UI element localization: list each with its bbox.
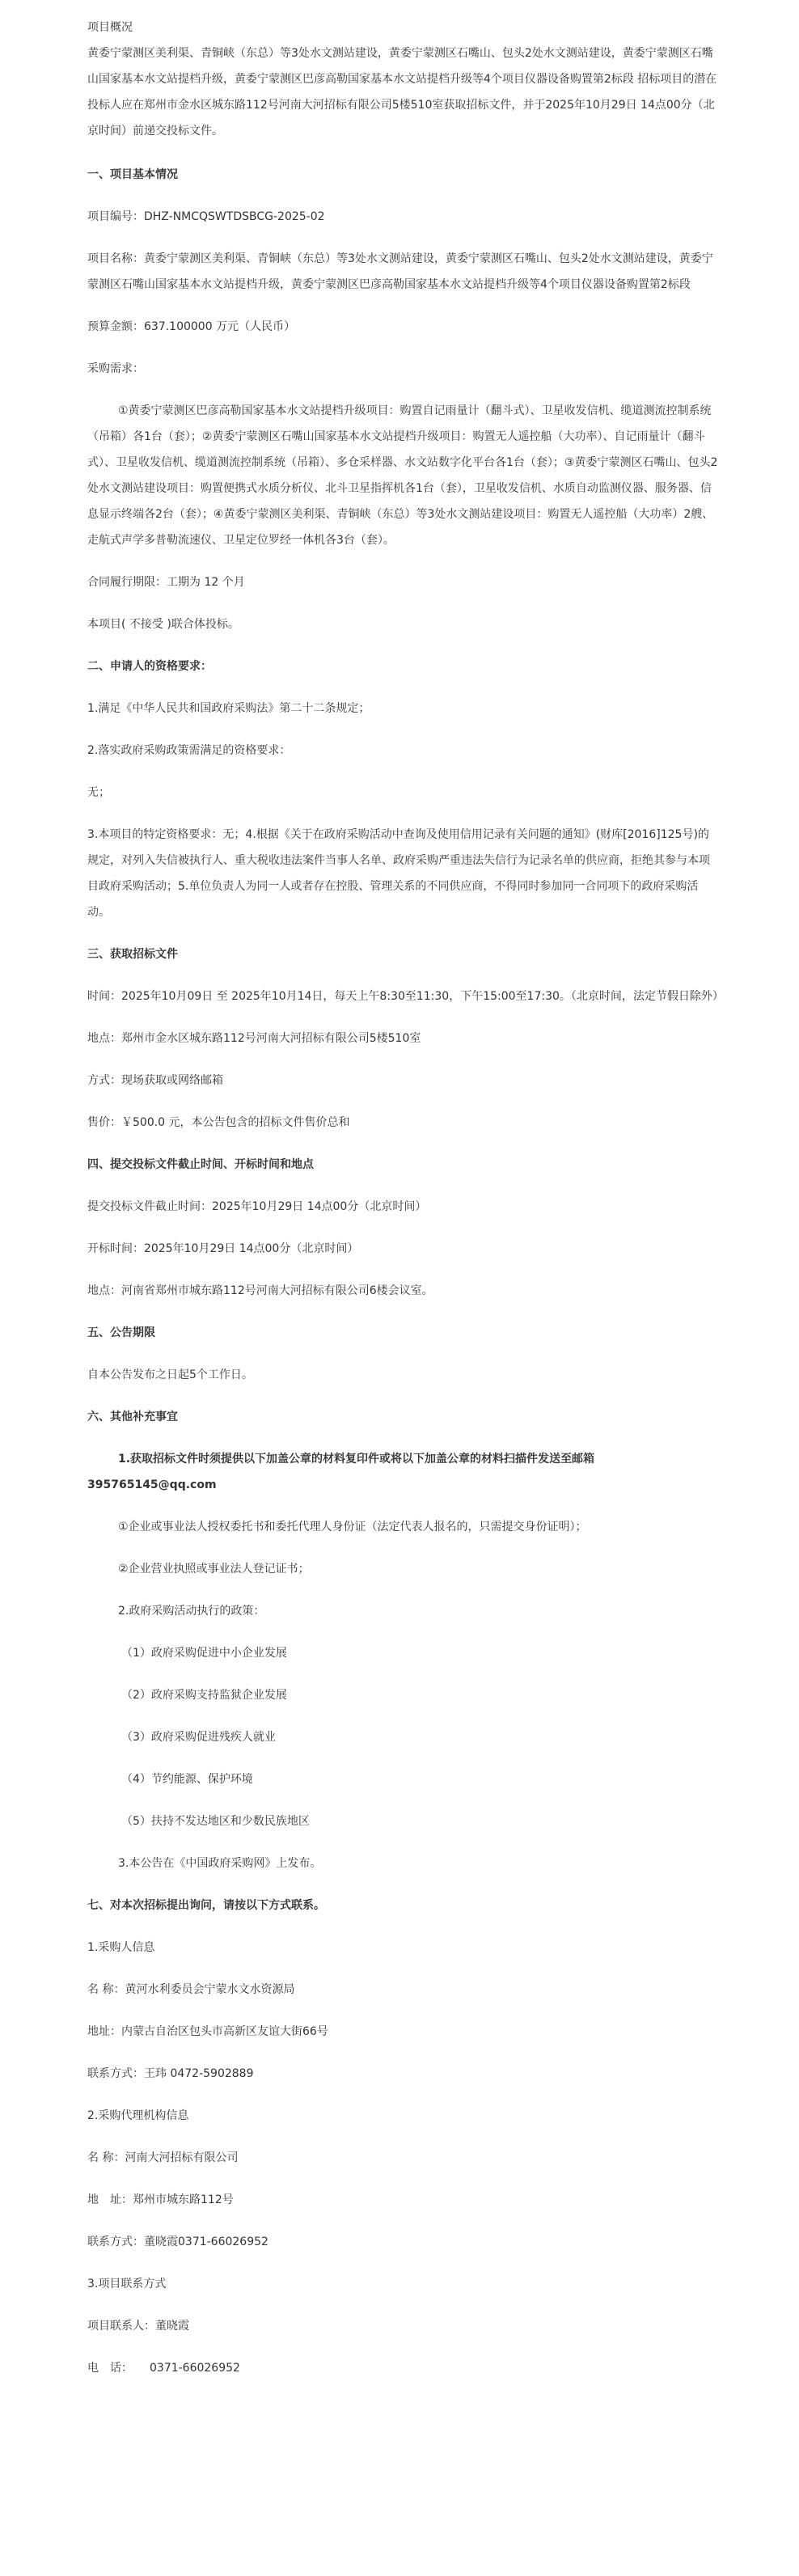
consortium-note: 本项目( 不接受 )联合体投标。 <box>87 611 718 637</box>
project-contact-title: 3.项目联系方式 <box>87 2271 718 2297</box>
qualification-item-2: 2.落实政府采购政策需满足的资格要求： <box>87 738 718 763</box>
document-obtain-method: 方式：现场获取或网络邮箱 <box>87 1068 718 1093</box>
policy-item: （3）政府采购促进残疾人就业 <box>87 1724 718 1750</box>
purchaser-name: 名 称：黄河水利委员会宁蒙水文水资源局 <box>87 1977 718 2003</box>
agency-info-title: 2.采购代理机构信息 <box>87 2103 718 2129</box>
section3-heading: 三、获取招标文件 <box>87 941 718 967</box>
qualification-item-3: 3.本项目的特定资格要求：无；4.根据《关于在政府采购活动中查询及使用信用记录有… <box>87 822 718 925</box>
procurement-demand-label: 采购需求： <box>87 356 718 382</box>
document-obtain-location: 地点：郑州市金水区城东路112号河南大河招标有限公司5楼510室 <box>87 1026 718 1051</box>
supplement-item-2: 2.政府采购活动执行的政策： <box>87 1598 718 1624</box>
document-price: 售价：￥500.0 元，本公告包含的招标文件售价总和 <box>87 1110 718 1136</box>
section6-heading: 六、其他补充事宜 <box>87 1404 718 1430</box>
policy-item: （1）政府采购促进中小企业发展 <box>87 1640 718 1666</box>
policy-item: （2）政府采购支持监狱企业发展 <box>87 1682 718 1708</box>
purchaser-info-title: 1.采购人信息 <box>87 1935 718 1961</box>
project-phone: 电 话： 0371-66026952 <box>87 2355 718 2381</box>
section7-heading: 七、对本次招标提出询问，请按以下方式联系。 <box>87 1893 718 1918</box>
purchaser-contact: 联系方式：王玮 0472-5902889 <box>87 2061 718 2087</box>
project-contact-person: 项目联系人：董晓霞 <box>87 2313 718 2339</box>
overview-text: 黄委宁蒙测区美利渠、青铜峡（东总）等3处水文测站建设，黄委宁蒙测区石嘴山、包头2… <box>87 40 718 144</box>
agency-address: 地 址：郑州市城东路112号 <box>87 2187 718 2213</box>
agency-name: 名 称：河南大河招标有限公司 <box>87 2145 718 2171</box>
supplement-item-1a: ①企业或事业法人授权委托书和委托代理人身份证（法定代表人报名的，只需提交身份证明… <box>87 1514 718 1540</box>
contract-period: 合同履行期限：工期为 12 个月 <box>87 569 718 595</box>
document-obtain-time: 时间：2025年10月09日 至 2025年10月14日，每天上午8:30至11… <box>87 983 718 1009</box>
section1-heading: 一、项目基本情况 <box>87 162 718 188</box>
budget-amount: 预算金额：637.100000 万元（人民币） <box>87 314 718 340</box>
section5-heading: 五、公告期限 <box>87 1320 718 1346</box>
qualification-item-1: 1.满足《中华人民共和国政府采购法》第二十二条规定； <box>87 696 718 721</box>
section4-heading: 四、提交投标文件截止时间、开标时间和地点 <box>87 1152 718 1178</box>
project-name: 项目名称：黄委宁蒙测区美利渠、青铜峡（东总）等3处水文测站建设，黄委宁蒙测区石嘴… <box>87 246 718 298</box>
supplement-item-1: 1.获取招标文件时须提供以下加盖公章的材料复印件或将以下加盖公章的材料扫描件发送… <box>87 1446 718 1498</box>
bid-opening-time: 开标时间：2025年10月29日 14点00分（北京时间） <box>87 1236 718 1262</box>
policy-item: （4）节约能源、保护环境 <box>87 1766 718 1792</box>
announcement-document: 项目概况 黄委宁蒙测区美利渠、青铜峡（东总）等3处水文测站建设，黄委宁蒙测区石嘴… <box>87 0 718 2381</box>
bid-opening-location: 地点：河南省郑州市城东路112号河南大河招标有限公司6楼会议室。 <box>87 1278 718 1304</box>
agency-contact: 联系方式：董晓霞0371-66026952 <box>87 2229 718 2255</box>
announcement-period: 自本公告发布之日起5个工作日。 <box>87 1362 718 1388</box>
policy-item: （5）扶持不发达地区和少数民族地区 <box>87 1808 718 1834</box>
bid-deadline: 提交投标文件截止时间：2025年10月29日 14点00分（北京时间） <box>87 1194 718 1220</box>
supplement-item-1b: ②企业营业执照或事业法人登记证书； <box>87 1556 718 1582</box>
qualification-item-2-value: 无； <box>87 780 718 806</box>
purchaser-address: 地址：内蒙古自治区包头市高新区友谊大街66号 <box>87 2019 718 2045</box>
overview-title: 项目概况 <box>87 15 718 40</box>
procurement-demand-text: ①黄委宁蒙测区巴彦高勒国家基本水文站提档升级项目：购置自记雨量计（翻斗式）、卫星… <box>87 398 718 553</box>
supplement-item-3: 3.本公告在《中国政府采购网》上发布。 <box>87 1851 718 1876</box>
section2-heading: 二、申请人的资格要求： <box>87 654 718 679</box>
project-number: 项目编号：DHZ-NMCQSWTDSBCG-2025-02 <box>87 204 718 230</box>
